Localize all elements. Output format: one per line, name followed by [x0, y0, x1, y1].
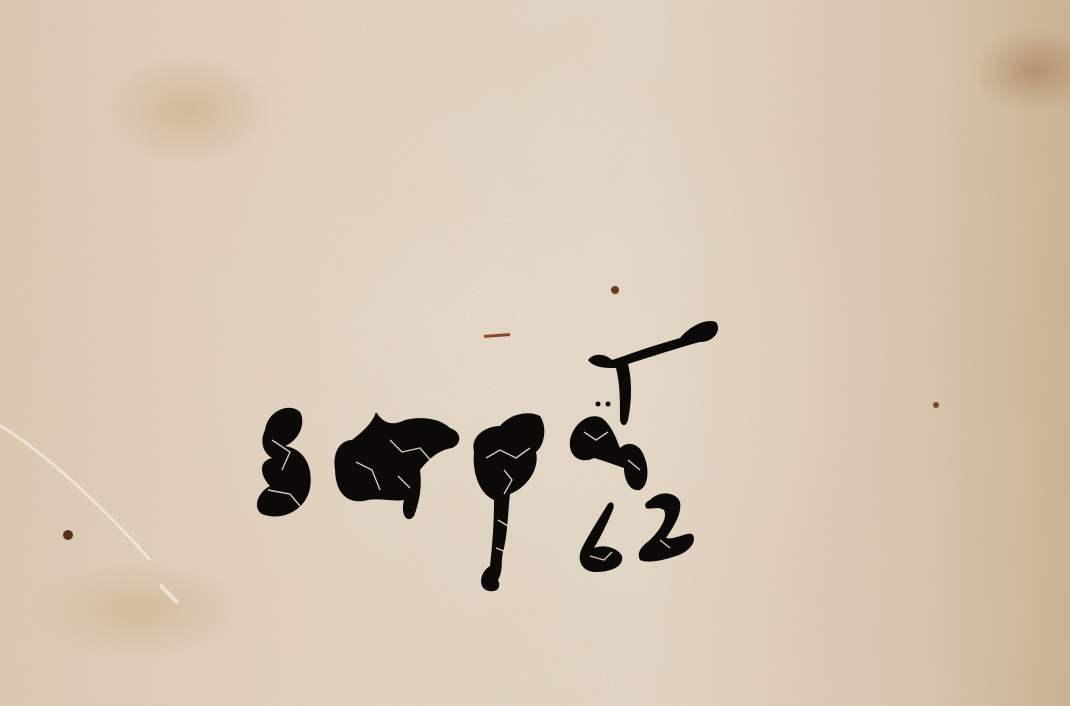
- photograph: [0, 0, 1070, 706]
- signature: [0, 0, 1070, 706]
- signature-letters-cu: [334, 412, 459, 519]
- signature-letter-p: [473, 413, 544, 591]
- signature-letter-s: [257, 408, 311, 517]
- signature-top-stroke: [588, 321, 718, 425]
- signature-letter-a: [570, 416, 648, 490]
- date-digit-6: [580, 502, 623, 572]
- date-digit-2: [639, 493, 694, 561]
